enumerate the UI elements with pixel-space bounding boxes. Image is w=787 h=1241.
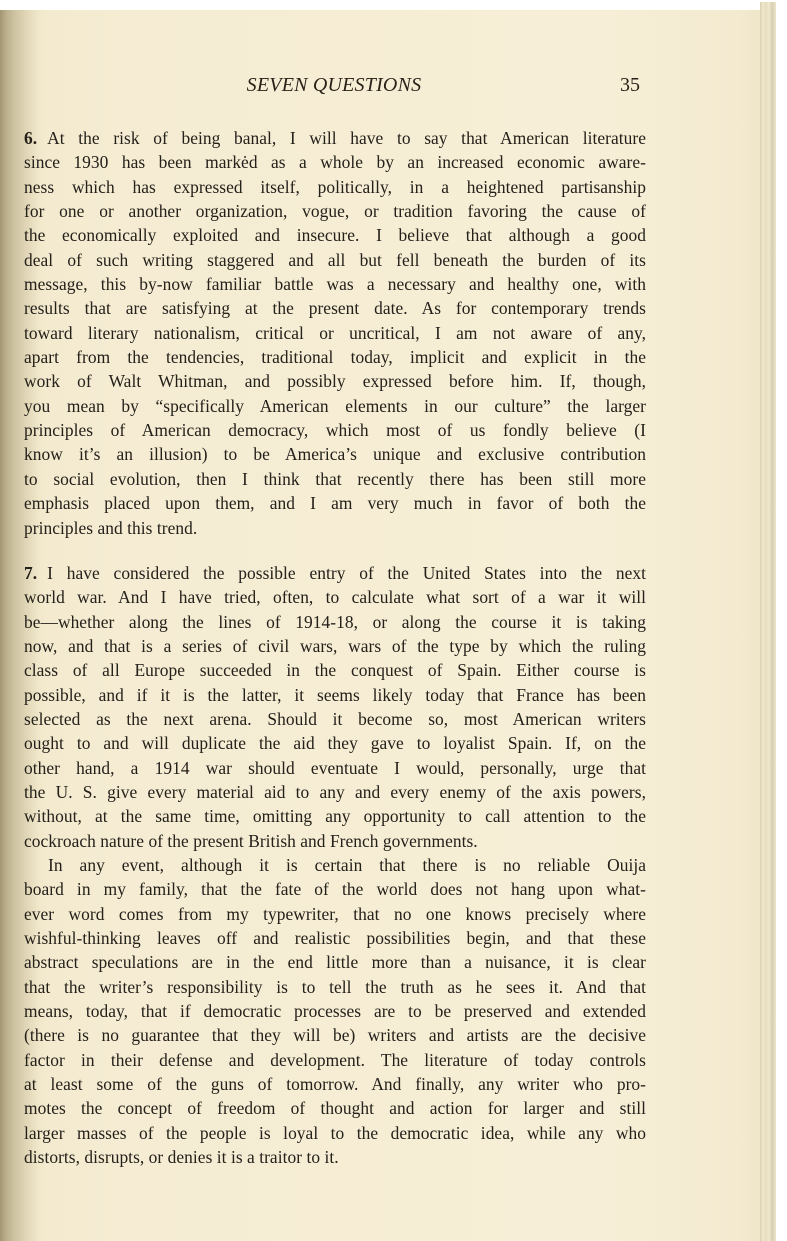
text-line: the economically exploited and insecure.… — [24, 223, 646, 247]
text-line: (there is no guarantee that they will be… — [24, 1023, 646, 1047]
text-line: principles and this trend. — [24, 516, 646, 540]
text-line: at least some of the guns of tomorrow. A… — [24, 1072, 646, 1096]
running-title: SEVEN QUESTIONS — [24, 74, 644, 97]
text-line: wishful-thinking leaves off and realisti… — [24, 926, 646, 950]
text-line: world war. And I have tried, often, to c… — [24, 585, 646, 609]
text-line: means, today, that if democratic process… — [24, 999, 646, 1023]
text-line: be—whether along the lines of 1914-18, o… — [24, 610, 646, 634]
running-head: SEVEN QUESTIONS 35 — [24, 72, 644, 102]
text-line: results that are satisfying at the prese… — [24, 296, 646, 320]
text-line: know it’s an illusion) to be America’s u… — [24, 442, 646, 466]
text-line: class of all Europe succeeded in the con… — [24, 658, 646, 682]
text-line: you mean by “specifically American eleme… — [24, 394, 646, 418]
text-line: message, this by-now familiar battle was… — [24, 272, 646, 296]
question-number: 6. — [24, 128, 37, 148]
text-line: emphasis placed upon them, and I am very… — [24, 491, 646, 515]
text-line: 7.I have considered the possible entry o… — [24, 561, 646, 585]
question-number: 7. — [24, 563, 37, 583]
question-6-answer: 6.At the risk of being banal, I will hav… — [24, 126, 646, 540]
text-line: ever word comes from my typewriter, that… — [24, 902, 646, 926]
text-line: 6.At the risk of being banal, I will hav… — [24, 126, 646, 150]
body-text: 6.At the risk of being banal, I will hav… — [24, 126, 646, 1169]
text-line: apart from the tendencies, traditional t… — [24, 345, 646, 369]
text-line: board in my family, that the fate of the… — [24, 877, 646, 901]
text-line: principles of American democracy, which … — [24, 418, 646, 442]
text-line: toward literary nationalism, critical or… — [24, 321, 646, 345]
paragraph-gap — [24, 540, 646, 561]
text-line: selected as the next arena. Should it be… — [24, 707, 646, 731]
text-line: factor in their defense and development.… — [24, 1048, 646, 1072]
question-7-answer: 7.I have considered the possible entry o… — [24, 561, 646, 853]
text-line: that the writer’s responsibility is to t… — [24, 975, 646, 999]
text-line: In any event, although it is certain tha… — [24, 853, 646, 877]
text-line: other hand, a 1914 war should eventuate … — [24, 756, 646, 780]
text-line: since 1930 has been markėd as a whole by… — [24, 150, 646, 174]
book-page: SEVEN QUESTIONS 35 6.At the risk of bein… — [0, 10, 763, 1241]
text-line: work of Walt Whitman, and possibly expre… — [24, 369, 646, 393]
text-line: deal of such writing staggered and all b… — [24, 248, 646, 272]
text-line: now, and that is a series of civil wars,… — [24, 634, 646, 658]
text-line: larger masses of the people is loyal to … — [24, 1121, 646, 1145]
text-line: motes the concept of freedom of thought … — [24, 1096, 646, 1120]
text-line: abstract speculations are in the end lit… — [24, 950, 646, 974]
page-stack-edge — [760, 2, 776, 1241]
text-line: without, at the same time, omitting any … — [24, 804, 646, 828]
text-line: cockroach nature of the present British … — [24, 829, 646, 853]
text-line: for one or another organization, vogue, … — [24, 199, 646, 223]
text-line: to social evolution, then I think that r… — [24, 467, 646, 491]
page-number: 35 — [620, 74, 640, 97]
text-line: ness which has expressed itself, politic… — [24, 175, 646, 199]
question-7-continuation: In any event, although it is certain tha… — [24, 853, 646, 1169]
text-line: possible, and if it is the latter, it se… — [24, 683, 646, 707]
text-line: ought to and will duplicate the aid they… — [24, 731, 646, 755]
text-line: the U. S. give every material aid to any… — [24, 780, 646, 804]
text-line: distorts, disrupts, or denies it is a tr… — [24, 1145, 646, 1169]
